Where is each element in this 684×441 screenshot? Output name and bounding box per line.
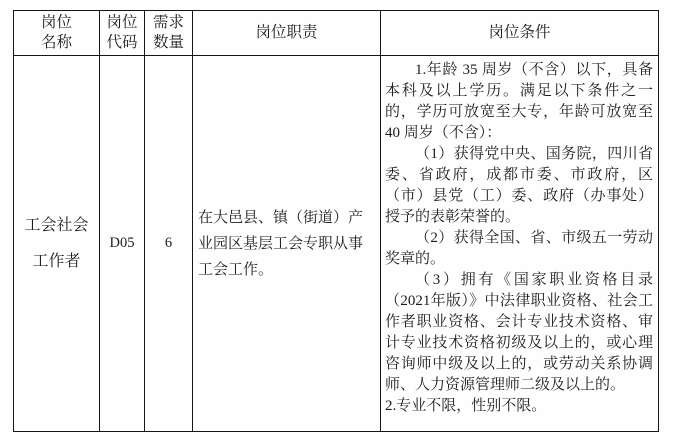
responsibilities-text: 在大邑县、镇（街道）产业园区基层工会专职从事工会工作。 <box>198 205 374 283</box>
recruitment-table: 岗位 名称 岗位 代码 需求 数量 岗位职责 岗位条件 工会社会 工作者 D05… <box>13 10 659 432</box>
header-position-name: 岗位 名称 <box>14 11 100 56</box>
document-page: 岗位 名称 岗位 代码 需求 数量 岗位职责 岗位条件 工会社会 工作者 D05… <box>0 0 684 441</box>
table-row: 工会社会 工作者 D05 6 在大邑县、镇（街道）产业园区基层工会专职从事工会工… <box>14 56 659 432</box>
cell-position-name: 工会社会 工作者 <box>14 56 100 432</box>
condition-paragraph-4: （3）拥有《国家职业资格目录（2021年版）》中法律职业资格、社会工作者职业资格… <box>385 270 653 396</box>
cell-position-code: D05 <box>100 56 145 432</box>
header-row: 岗位 名称 岗位 代码 需求 数量 岗位职责 岗位条件 <box>14 11 659 56</box>
condition-paragraph-5: 2.专业不限，性别不限。 <box>385 396 653 417</box>
condition-paragraph-2: （1）获得党中央、国务院，四川省委、省政府，成都市委、市政府，区（市）县党（工）… <box>385 144 653 228</box>
cell-responsibilities: 在大邑县、镇（街道）产业园区基层工会专职从事工会工作。 <box>193 56 381 432</box>
header-position-code: 岗位 代码 <box>100 11 145 56</box>
header-demand-quantity: 需求 数量 <box>145 11 193 56</box>
condition-paragraph-3: （2）获得全国、省、市级五一劳动奖章的。 <box>385 228 653 270</box>
cell-demand-quantity: 6 <box>145 56 193 432</box>
header-responsibilities: 岗位职责 <box>193 11 381 56</box>
header-conditions: 岗位条件 <box>381 11 659 56</box>
cell-conditions: 1.年龄 35 周岁（不含）以下，具备本科及以上学历。满足以下条件之一的，学历可… <box>381 56 659 432</box>
condition-paragraph-1: 1.年龄 35 周岁（不含）以下，具备本科及以上学历。满足以下条件之一的，学历可… <box>385 60 653 144</box>
